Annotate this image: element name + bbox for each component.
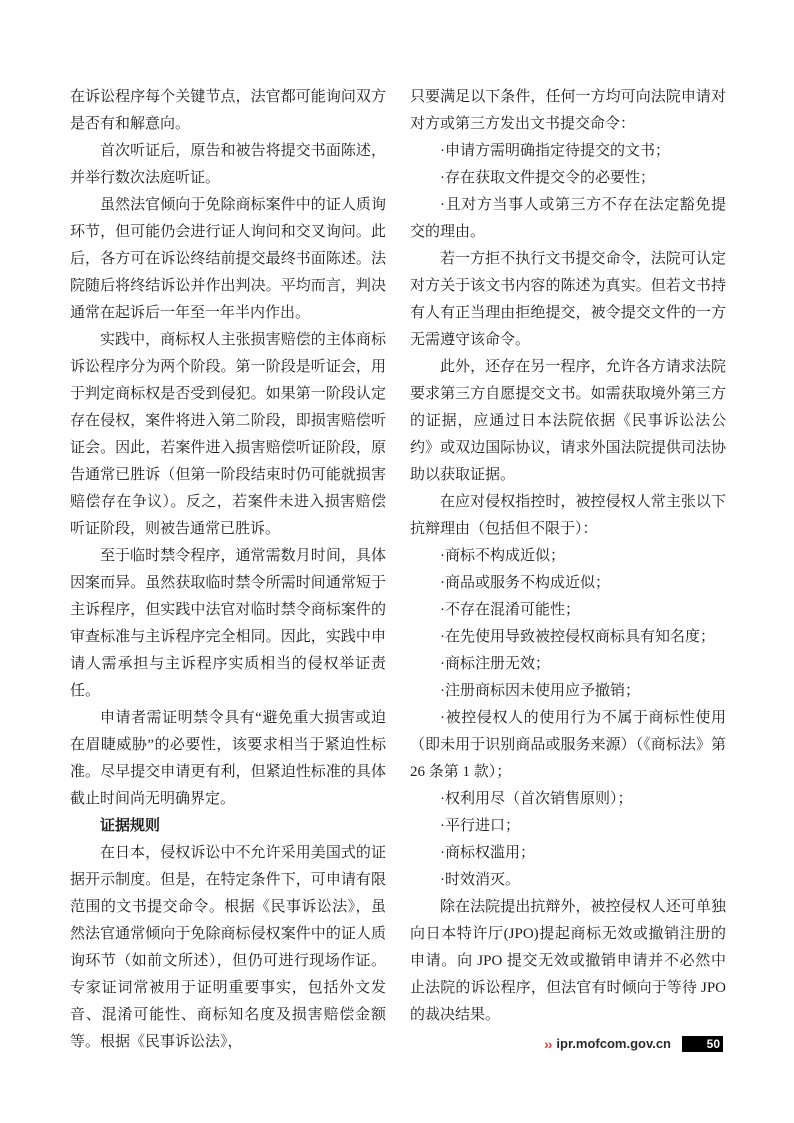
paragraph: 此外，还存在另一程序，允许各方请求法院要求第三方自愿提交文书。如需获取境外第三方… — [410, 354, 726, 489]
paragraph: ·商标不构成近似； — [410, 543, 726, 570]
paragraph: ·在先使用导致被控侵权商标具有知名度； — [410, 624, 726, 651]
left-column: 在诉讼程序每个关键节点，法官都可能询问双方是否有和解意向。首次听证后，原告和被告… — [70, 84, 386, 1056]
paragraph: 在日本，侵权诉讼中不允许采用美国式的证据开示制度。但是，在特定条件下，可申请有限… — [70, 840, 386, 1056]
paragraph: 在诉讼程序每个关键节点，法官都可能询问双方是否有和解意向。 — [70, 84, 386, 138]
paragraph: ·商标权滥用； — [410, 840, 726, 867]
paragraph: ·时效消灭。 — [410, 867, 726, 894]
paragraph: ·注册商标因未使用应予撤销； — [410, 678, 726, 705]
text-columns: 在诉讼程序每个关键节点，法官都可能询问双方是否有和解意向。首次听证后，原告和被告… — [70, 84, 726, 1056]
paragraph: 若一方拒不执行文书提交命令，法院可认定对方关于该文书内容的陈述为真实。但若文书持… — [410, 246, 726, 354]
paragraph: ·且对方当事人或第三方不存在法定豁免提交的理由。 — [410, 192, 726, 246]
paragraph: ·商标注册无效； — [410, 651, 726, 678]
page-footer: ›› ipr.mofcom.gov.cn 50 — [544, 1034, 723, 1053]
paragraph: 申请者需证明禁令具有“避免重大损害或迫在眉睫威胁”的必要性，该要求相当于紧迫性标… — [70, 705, 386, 813]
footer-site-url: ipr.mofcom.gov.cn — [556, 1037, 671, 1050]
paragraph: ·不存在混淆可能性； — [410, 597, 726, 624]
paragraph: 首次听证后，原告和被告将提交书面陈述，并举行数次法庭听证。 — [70, 138, 386, 192]
paragraph: 虽然法官倾向于免除商标案件中的证人质询环节，但可能仍会进行证人询问和交叉询问。此… — [70, 192, 386, 327]
paragraph: 除在法院提出抗辩外，被控侵权人还可单独向日本特许厅(JPO)提起商标无效或撤销注… — [410, 894, 726, 1029]
section-heading: 证据规则 — [70, 813, 386, 840]
paragraph: ·商品或服务不构成近似； — [410, 570, 726, 597]
paragraph: ·存在获取文件提交令的必要性； — [410, 165, 726, 192]
paragraph: 实践中，商标权人主张损害赔偿的主体商标诉讼程序分为两个阶段。第一阶段是听证会，用… — [70, 327, 386, 543]
paragraph: ·权利用尽（首次销售原则）； — [410, 786, 726, 813]
paragraph: ·平行进口； — [410, 813, 726, 840]
paragraph: ·申请方需明确指定待提交的文书； — [410, 138, 726, 165]
paragraph: 至于临时禁令程序，通常需数月时间，具体因案而异。虽然获取临时禁令所需时间通常短于… — [70, 543, 386, 705]
paragraph: 只要满足以下条件，任何一方均可向法院申请对对方或第三方发出文书提交命令： — [410, 84, 726, 138]
paragraph: 在应对侵权指控时，被控侵权人常主张以下抗辩理由（包括但不限于）： — [410, 489, 726, 543]
document-page: 在诉讼程序每个关键节点，法官都可能询问双方是否有和解意向。首次听证后，原告和被告… — [0, 0, 794, 1123]
page-number-badge: 50 — [682, 1036, 723, 1052]
paragraph: ·被控侵权人的使用行为不属于商标性使用（即未用于识别商品或服务来源）（《商标法》… — [410, 705, 726, 786]
double-chevron-icon: ›› — [544, 1037, 551, 1051]
right-column: 只要满足以下条件，任何一方均可向法院申请对对方或第三方发出文书提交命令：·申请方… — [410, 84, 726, 1056]
